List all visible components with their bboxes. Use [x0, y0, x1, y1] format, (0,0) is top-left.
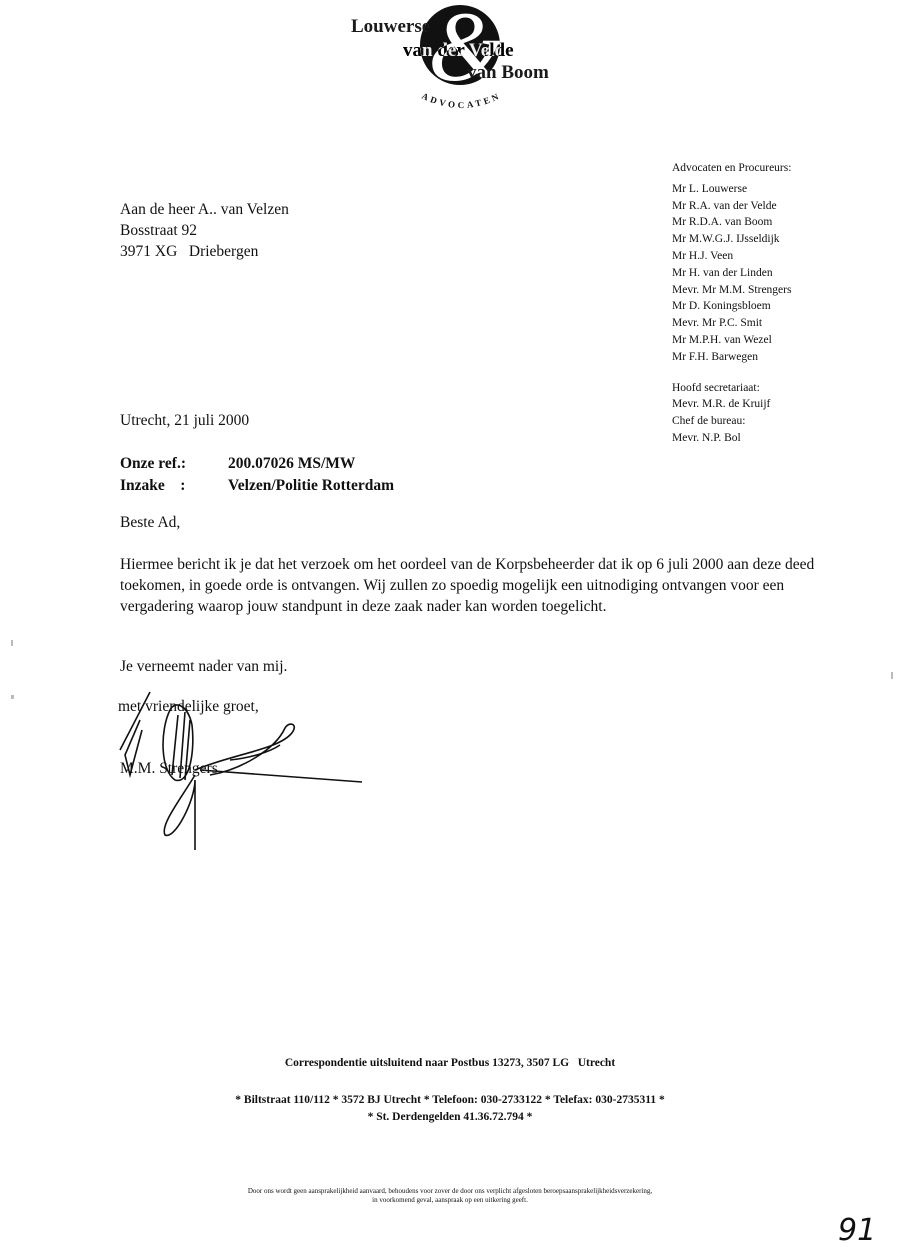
logo-line-1: Louwerse — [351, 16, 430, 38]
our-ref-label: Onze ref.: — [120, 453, 228, 475]
closing-line: Je verneemt nader van mij. — [120, 658, 287, 676]
footer-address-line: * Biltstraat 110/112 * 3572 BJ Utrecht *… — [0, 1092, 900, 1109]
footer-contact: * Biltstraat 110/112 * 3572 BJ Utrecht *… — [0, 1092, 900, 1126]
recipient-address: Aan de heer A.. van Velzen Bosstraat 92 … — [120, 199, 289, 262]
scan-speck — [891, 672, 893, 679]
partner-name: Mevr. Mr M.M. Strengers — [672, 282, 791, 299]
partner-name: Mr L. Louwerse — [672, 181, 791, 198]
logo-line-3: van Boom — [467, 62, 549, 84]
partner-name: Mr F.H. Barwegen — [672, 349, 791, 366]
partner-name: Mr M.P.H. van Wezel — [672, 332, 791, 349]
scan-speck — [11, 695, 14, 699]
svg-text:ADVOCATEN: ADVOCATEN — [420, 90, 503, 110]
handwritten-page-number: 91 — [838, 1213, 876, 1247]
office-chief-label: Chef de bureau: — [672, 413, 791, 430]
partner-name: Mr M.W.G.J. IJsseldijk — [672, 231, 791, 248]
our-ref-value: 200.07026 MS/MW — [228, 453, 355, 475]
letter-body: Hiermee bericht ik je dat het verzoek om… — [120, 554, 830, 617]
office-chief-name: Mevr. N.P. Bol — [672, 430, 791, 447]
partner-name: Mr H. van der Linden — [672, 265, 791, 282]
logo-line-2: van der Velde — [403, 40, 514, 62]
partner-names: Mr L. LouwerseMr R.A. van der VeldeMr R.… — [672, 181, 791, 366]
greeting: met vriendelijke groet, — [118, 698, 259, 716]
subject-value: Velzen/Politie Rotterdam — [228, 475, 394, 497]
footer-account-line: * St. Derdengelden 41.36.72.794 * — [0, 1109, 900, 1126]
secretariat-name: Mevr. M.R. de Kruijf — [672, 396, 791, 413]
scan-speck — [11, 640, 13, 646]
footer-disclaimer: Door ons wordt geen aansprakelijkheid aa… — [0, 1187, 900, 1205]
letter-date: Utrecht, 21 juli 2000 — [120, 412, 249, 430]
partners-heading: Advocaten en Procureurs: — [672, 160, 791, 177]
partners-list: Advocaten en Procureurs: Mr L. LouwerseM… — [672, 160, 791, 447]
logo-tagline: ADVOCATEN — [420, 90, 503, 110]
secretariat-label: Hoofd secretariaat: — [672, 380, 791, 397]
disclaimer-line-2: in voorkomend geval, aanspraak op een ui… — [0, 1196, 900, 1205]
partner-name: Mr R.D.A. van Boom — [672, 214, 791, 231]
signer-name: M.M. Strengers — [120, 760, 218, 778]
subject-label: Inzake : — [120, 475, 228, 497]
firm-logo: & Louwerse van der Velde van Boom ADVOCA… — [340, 0, 570, 130]
salutation: Beste Ad, — [120, 514, 180, 532]
recipient-city: 3971 XG Driebergen — [120, 241, 289, 262]
logo-tagline-arc: ADVOCATEN — [406, 88, 516, 118]
partner-name: Mr R.A. van der Velde — [672, 198, 791, 215]
footer-correspondence: Correspondentie uitsluitend naar Postbus… — [0, 1057, 900, 1069]
recipient-name: Aan de heer A.. van Velzen — [120, 199, 289, 220]
partner-name: Mevr. Mr P.C. Smit — [672, 315, 791, 332]
disclaimer-line-1: Door ons wordt geen aansprakelijkheid aa… — [0, 1187, 900, 1196]
partner-name: Mr D. Koningsbloem — [672, 298, 791, 315]
partner-name: Mr H.J. Veen — [672, 248, 791, 265]
recipient-street: Bosstraat 92 — [120, 220, 289, 241]
reference-block: Onze ref.: 200.07026 MS/MW Inzake : Velz… — [120, 453, 394, 497]
